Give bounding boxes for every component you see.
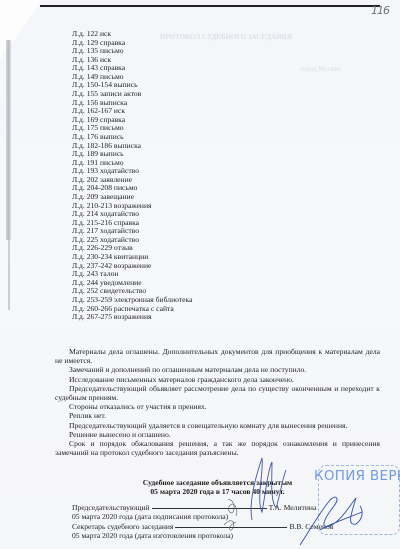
- document-page: 116 ПРОТОКОЛ СУДЕБНОГО ЗАСЕДАНИЯ город М…: [0, 0, 400, 549]
